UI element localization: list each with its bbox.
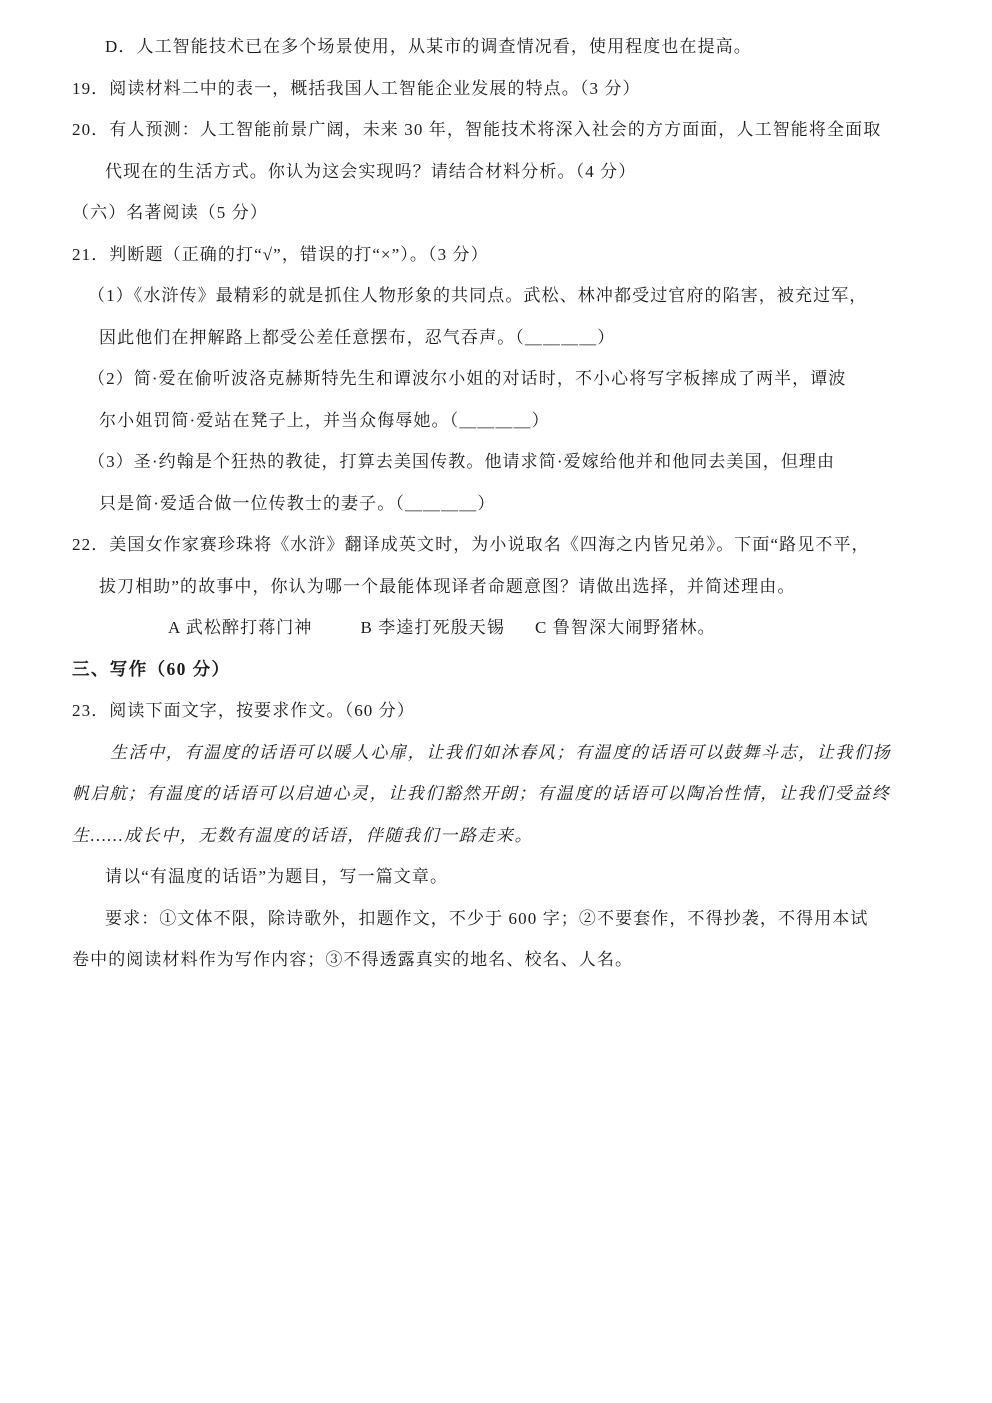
q23-requirements-line-1: 要求：①文体不限，除诗歌外，扣题作文，不少于 600 字；②不要套作，不得抄袭，… [0, 898, 992, 940]
question-22-line-1: 22．美国女作家赛珍珠将《水浒》翻译成英文时，为小说取名《四海之内皆兄弟》。下面… [0, 524, 992, 566]
q21-statement-1-line-2: 因此他们在押解路上都受公差任意摆布，忍气吞声。（＿＿＿＿） [0, 317, 992, 359]
section-header-writing: 三、写作（60 分） [0, 649, 992, 691]
q23-prompt-line-3: 生……成长中，无数有温度的话语，伴随我们一路走来。 [0, 815, 992, 857]
q22-option-a: A 武松醉打蒋门神 [168, 618, 313, 637]
section-header-famous-books: （六）名著阅读（5 分） [0, 192, 992, 234]
q21-statement-3-line-2: 只是简·爱适合做一位传教士的妻子。（＿＿＿＿） [0, 483, 992, 525]
q21-statement-2-line-2: 尔小姐罚简·爱站在凳子上，并当众侮辱她。（＿＿＿＿） [0, 400, 992, 442]
q23-prompt-line-2: 帆启航；有温度的话语可以启迪心灵，让我们豁然开朗；有温度的话语可以陶冶性情，让我… [0, 773, 992, 815]
q23-title-instruction: 请以“有温度的话语”为题目，写一篇文章。 [0, 856, 992, 898]
question-23-stem: 23．阅读下面文字，按要求作文。（60 分） [0, 690, 992, 732]
question-20-line-1: 20．有人预测：人工智能前景广阔，未来 30 年，智能技术将深入社会的方方面面，… [0, 109, 992, 151]
question-22-line-2: 拔刀相助”的故事中，你认为哪一个最能体现译者命题意图？请做出选择，并简述理由。 [0, 566, 992, 608]
question-19: 19．阅读材料二中的表一，概括我国人工智能企业发展的特点。（3 分） [0, 68, 992, 110]
q21-statement-1-line-1: （1）《水浒传》最精彩的就是抓住人物形象的共同点。武松、林冲都受过官府的陷害，被… [0, 275, 992, 317]
multiple-choice-option-d: D．人工智能技术已在多个场景使用，从某市的调查情况看，使用程度也在提高。 [0, 26, 992, 68]
q21-statement-3-line-1: （3）圣·约翰是个狂热的教徒，打算去美国传教。他请求简·爱嫁给他并和他同去美国，… [0, 441, 992, 483]
q21-statement-2-line-1: （2）简·爱在偷听波洛克赫斯特先生和谭波尔小姐的对话时，不小心将写字板摔成了两半… [0, 358, 992, 400]
q22-option-c: C 鲁智深大闹野猪林。 [535, 618, 716, 637]
q22-options-row: A 武松醉打蒋门神B 李逵打死殷天锡C 鲁智深大闹野猪林。 [0, 607, 992, 649]
question-21-stem: 21．判断题（正确的打“√”，错误的打“×”）。（3 分） [0, 234, 992, 276]
q23-requirements-line-2: 卷中的阅读材料作为写作内容；③不得透露真实的地名、校名、人名。 [0, 939, 992, 981]
q22-option-b: B 李逵打死殷天锡 [361, 618, 506, 637]
q23-prompt-line-1: 生活中，有温度的话语可以暖人心扉，让我们如沐春风；有温度的话语可以鼓舞斗志，让我… [0, 732, 992, 774]
question-20-line-2: 代现在的生活方式。你认为这会实现吗？请结合材料分析。（4 分） [0, 151, 992, 193]
exam-paper-page: D．人工智能技术已在多个场景使用，从某市的调查情况看，使用程度也在提高。 19．… [0, 0, 992, 1403]
